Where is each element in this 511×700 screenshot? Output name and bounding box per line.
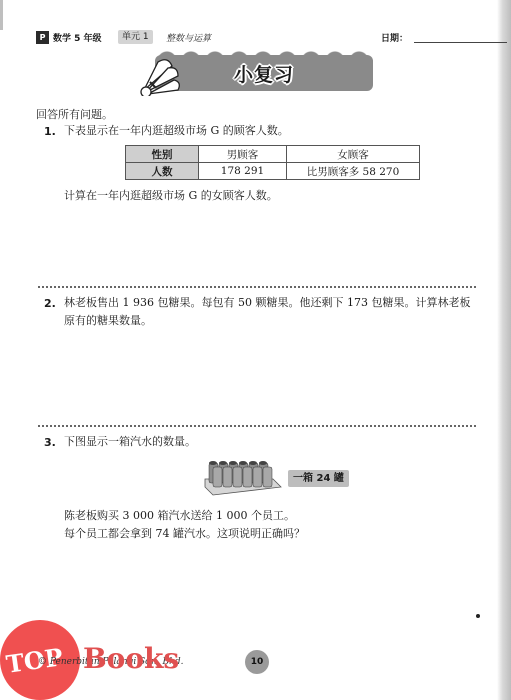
unit-title: 整数与运算 bbox=[166, 31, 211, 44]
soda-crate-image bbox=[203, 457, 283, 497]
page-header: P 数学 5 年级 单元 1 整数与运算 日期： bbox=[36, 30, 471, 46]
table-row: 人数 178 291 比男顾客多 58 270 bbox=[126, 163, 420, 180]
question-1-number: 1. bbox=[44, 125, 56, 138]
crate-quantity-label: 一箱 24 罐 bbox=[288, 470, 349, 487]
unit-badge: 单元 1 bbox=[118, 30, 153, 44]
table-header-row: 性别 男顾客 女顾客 bbox=[126, 146, 420, 163]
question-1-prompt: 计算在一年内逛超级市场 G 的女顾客人数。 bbox=[64, 187, 278, 205]
question-1-text: 下表显示在一年内逛超级市场 G 的顾客人数。 bbox=[64, 122, 289, 140]
page-number: 10 bbox=[245, 650, 269, 674]
table-cell: 178 291 bbox=[199, 163, 287, 180]
date-label: 日期： bbox=[381, 31, 408, 44]
publisher-logo-icon: P bbox=[36, 31, 49, 44]
watermark-books-text: Books bbox=[83, 642, 179, 675]
question-3-line-2: 每个员工都会拿到 74 罐汽水。这项说明正确吗？ bbox=[64, 525, 305, 543]
subject-label: 数学 5 年级 bbox=[53, 31, 102, 44]
question-2-line-2: 原有的糖果数量。 bbox=[64, 312, 152, 330]
table-cell: 女顾客 bbox=[287, 146, 420, 163]
date-input-line[interactable] bbox=[414, 42, 507, 43]
shuttlecock-icon bbox=[138, 52, 184, 96]
table-cell: 男顾客 bbox=[199, 146, 287, 163]
instruction-text: 回答所有问题。 bbox=[36, 106, 113, 122]
page-binding-shadow bbox=[497, 0, 511, 700]
question-2-line-1: 林老板售出 1 936 包糖果。每包有 50 颗糖果。他还剩下 173 包糖果。… bbox=[64, 294, 470, 312]
customer-table: 性别 男顾客 女顾客 人数 178 291 比男顾客多 58 270 bbox=[125, 145, 420, 180]
section-title: 小复习 bbox=[155, 60, 373, 87]
section-banner: 小复习 bbox=[155, 55, 373, 91]
page-edge bbox=[0, 0, 3, 30]
question-3-line-1: 陈老板购买 3 000 箱汽水送给 1 000 个员工。 bbox=[64, 507, 295, 525]
speck bbox=[476, 614, 480, 618]
question-divider bbox=[38, 425, 476, 427]
table-cell: 性别 bbox=[126, 146, 199, 163]
question-2-number: 2. bbox=[44, 297, 56, 310]
table-cell: 比男顾客多 58 270 bbox=[287, 163, 420, 180]
table-cell: 人数 bbox=[126, 163, 199, 180]
question-divider bbox=[38, 286, 476, 288]
question-3-number: 3. bbox=[44, 436, 56, 449]
question-3-text: 下图显示一箱汽水的数量。 bbox=[64, 433, 196, 451]
